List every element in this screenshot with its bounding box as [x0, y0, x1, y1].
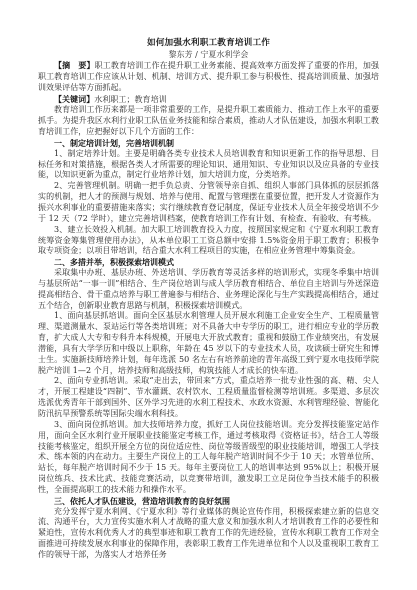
abstract-paragraph: 【摘 要】职工教育培训工作在提升职工业务素能、提高效率方面发挥了重要的作用，加强…	[38, 60, 379, 94]
body-paragraph: 采取集中办班、基层办班、外送培训、学历教育等灵活多样的培训形式，实现冬季集中培训…	[38, 268, 379, 311]
body-paragraph: 3、面向岗位抓培训。加大技师培养力度，抓好工人岗位技能培训。充分发挥技能鉴定站作…	[38, 420, 379, 496]
abstract-label: 【摘 要】	[54, 60, 95, 70]
keywords-paragraph: 【关键词】水利职工；教育培训	[38, 94, 379, 106]
keywords-label: 【关键词】	[54, 94, 94, 104]
body-paragraph: 1、制定培养计划。主要是明确各类专业技术人员培训教育和知识更新工作的指导思想、目…	[38, 149, 379, 182]
section-heading: 三、依托人才队伍建设，营造培训教育的良好氛围	[38, 496, 379, 507]
document-title: 如何加强水利职工教育培训工作	[38, 38, 379, 49]
body-paragraph: 充分发挥宁夏水利网、《宁夏水利》等行业媒体的舆论宣传作用，积极探索建立新的信息交…	[38, 507, 379, 561]
intro-paragraph: 教育培训工作历来都是一项非常重要的工作，是提升职工素质能力、推动工作上水平的重要…	[38, 105, 379, 138]
section-heading: 一、制定培训计划，完善培训机制	[38, 138, 379, 149]
body-paragraph: 3、建立长效投入机制。加大职工培训教育投入力度，按照国家规定和《宁夏水利职工教育…	[38, 225, 379, 258]
body-paragraph: 1、面向基层抓培训。面向全区基层水利管理人员开展水利施工企业安全生产、工程质量管…	[38, 311, 379, 376]
body-paragraph: 2、完善管理机制。明确一把手负总责、分管领导亲自抓、组织人事部门具体抓的层层抓落…	[38, 181, 379, 224]
keywords-text: 水利职工；教育培训	[94, 95, 166, 104]
document-author: 黎东芳 / 宁夏水利学会	[38, 49, 379, 60]
body-paragraph: 2、面向专业抓培训。采取“走出去，带回来”方式，重点培养一批专业性强的高、精、尖…	[38, 376, 379, 419]
document-page: 如何加强水利职工教育培训工作 黎东芳 / 宁夏水利学会 【摘 要】职工教育培训工…	[38, 38, 379, 561]
section-heading: 二、多措并举，积极探索培训模式	[38, 257, 379, 268]
